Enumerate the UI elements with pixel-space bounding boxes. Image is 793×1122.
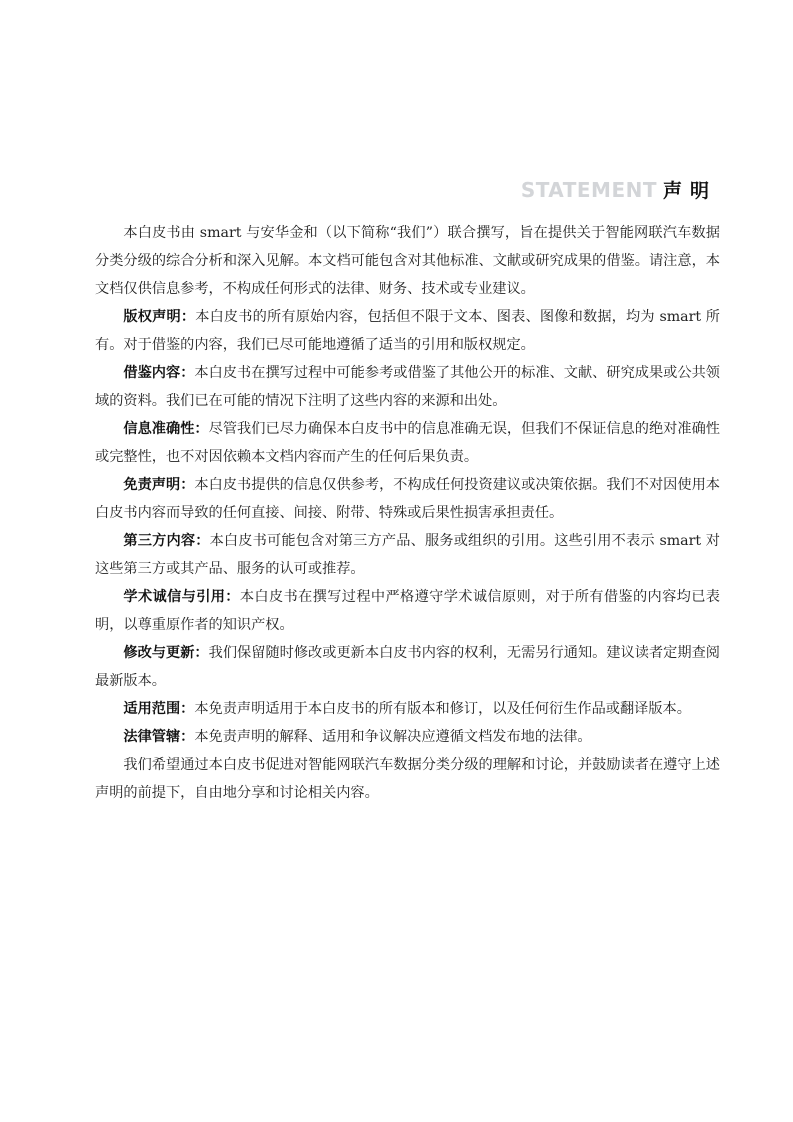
paragraph-text: 本免责声明的解释、适用和争议解决应遵循文档发布地的法律。 — [194, 729, 591, 745]
intro-paragraph: 本白皮书由 smart 与安华金和（以下简称“我们”）联合撰写，旨在提供关于智能… — [95, 219, 720, 303]
paragraph-label: 适用范围： — [123, 701, 194, 717]
heading-english: STATEMENT — [521, 178, 657, 202]
jurisdiction-paragraph: 法律管辖：本免责声明的解释、适用和争议解决应遵循文档发布地的法律。 — [95, 723, 720, 751]
paragraph-label: 法律管辖： — [123, 729, 194, 745]
paragraph-label: 免责声明： — [123, 477, 194, 493]
paragraph-text: 我们希望通过本白皮书促进对智能网联汽车数据分类分级的理解和讨论，并鼓励读者在遵守… — [95, 757, 720, 801]
disclaimer-paragraph: 免责声明：本白皮书提供的信息仅供参考，不构成任何投资建议或决策依据。我们不对因使… — [95, 471, 720, 527]
borrowed-content-paragraph: 借鉴内容：本白皮书在撰写过程中可能参考或借鉴了其他公开的标准、文献、研究成果或公… — [95, 359, 720, 415]
updates-paragraph: 修改与更新：我们保留随时修改或更新本白皮书内容的权利，无需另行通知。建议读者定期… — [95, 639, 720, 695]
paragraph-label: 修改与更新： — [123, 645, 208, 661]
statement-heading: STATEMENT 声明 — [521, 176, 717, 203]
paragraph-label: 信息准确性： — [123, 421, 208, 437]
paragraph-label: 学术诚信与引用： — [123, 589, 239, 605]
copyright-paragraph: 版权声明：本白皮书的所有原始内容，包括但不限于文本、图表、图像和数据，均为 sm… — [95, 303, 720, 359]
academic-integrity-paragraph: 学术诚信与引用：本白皮书在撰写过程中严格遵守学术诚信原则，对于所有借鉴的内容均已… — [95, 583, 720, 639]
third-party-paragraph: 第三方内容：本白皮书可能包含对第三方产品、服务或组织的引用。这些引用不表示 sm… — [95, 527, 720, 583]
statement-body: 本白皮书由 smart 与安华金和（以下简称“我们”）联合撰写，旨在提供关于智能… — [95, 219, 720, 807]
heading-chinese: 声明 — [663, 176, 717, 203]
paragraph-text: 本白皮书由 smart 与安华金和（以下简称“我们”）联合撰写，旨在提供关于智能… — [95, 225, 720, 297]
paragraph-label: 版权声明： — [123, 309, 195, 325]
accuracy-paragraph: 信息准确性：尽管我们已尽力确保本白皮书中的信息准确无误，但我们不保证信息的绝对准… — [95, 415, 720, 471]
paragraph-text: 本免责声明适用于本白皮书的所有版本和修订，以及任何衍生作品或翻译版本。 — [194, 701, 691, 717]
paragraph-label: 借鉴内容： — [123, 365, 194, 381]
closing-paragraph: 我们希望通过本白皮书促进对智能网联汽车数据分类分级的理解和讨论，并鼓励读者在遵守… — [95, 751, 720, 807]
scope-paragraph: 适用范围：本免责声明适用于本白皮书的所有版本和修订，以及任何衍生作品或翻译版本。 — [95, 695, 720, 723]
document-page: STATEMENT 声明 本白皮书由 smart 与安华金和（以下简称“我们”）… — [0, 0, 793, 1122]
paragraph-label: 第三方内容： — [123, 533, 209, 549]
